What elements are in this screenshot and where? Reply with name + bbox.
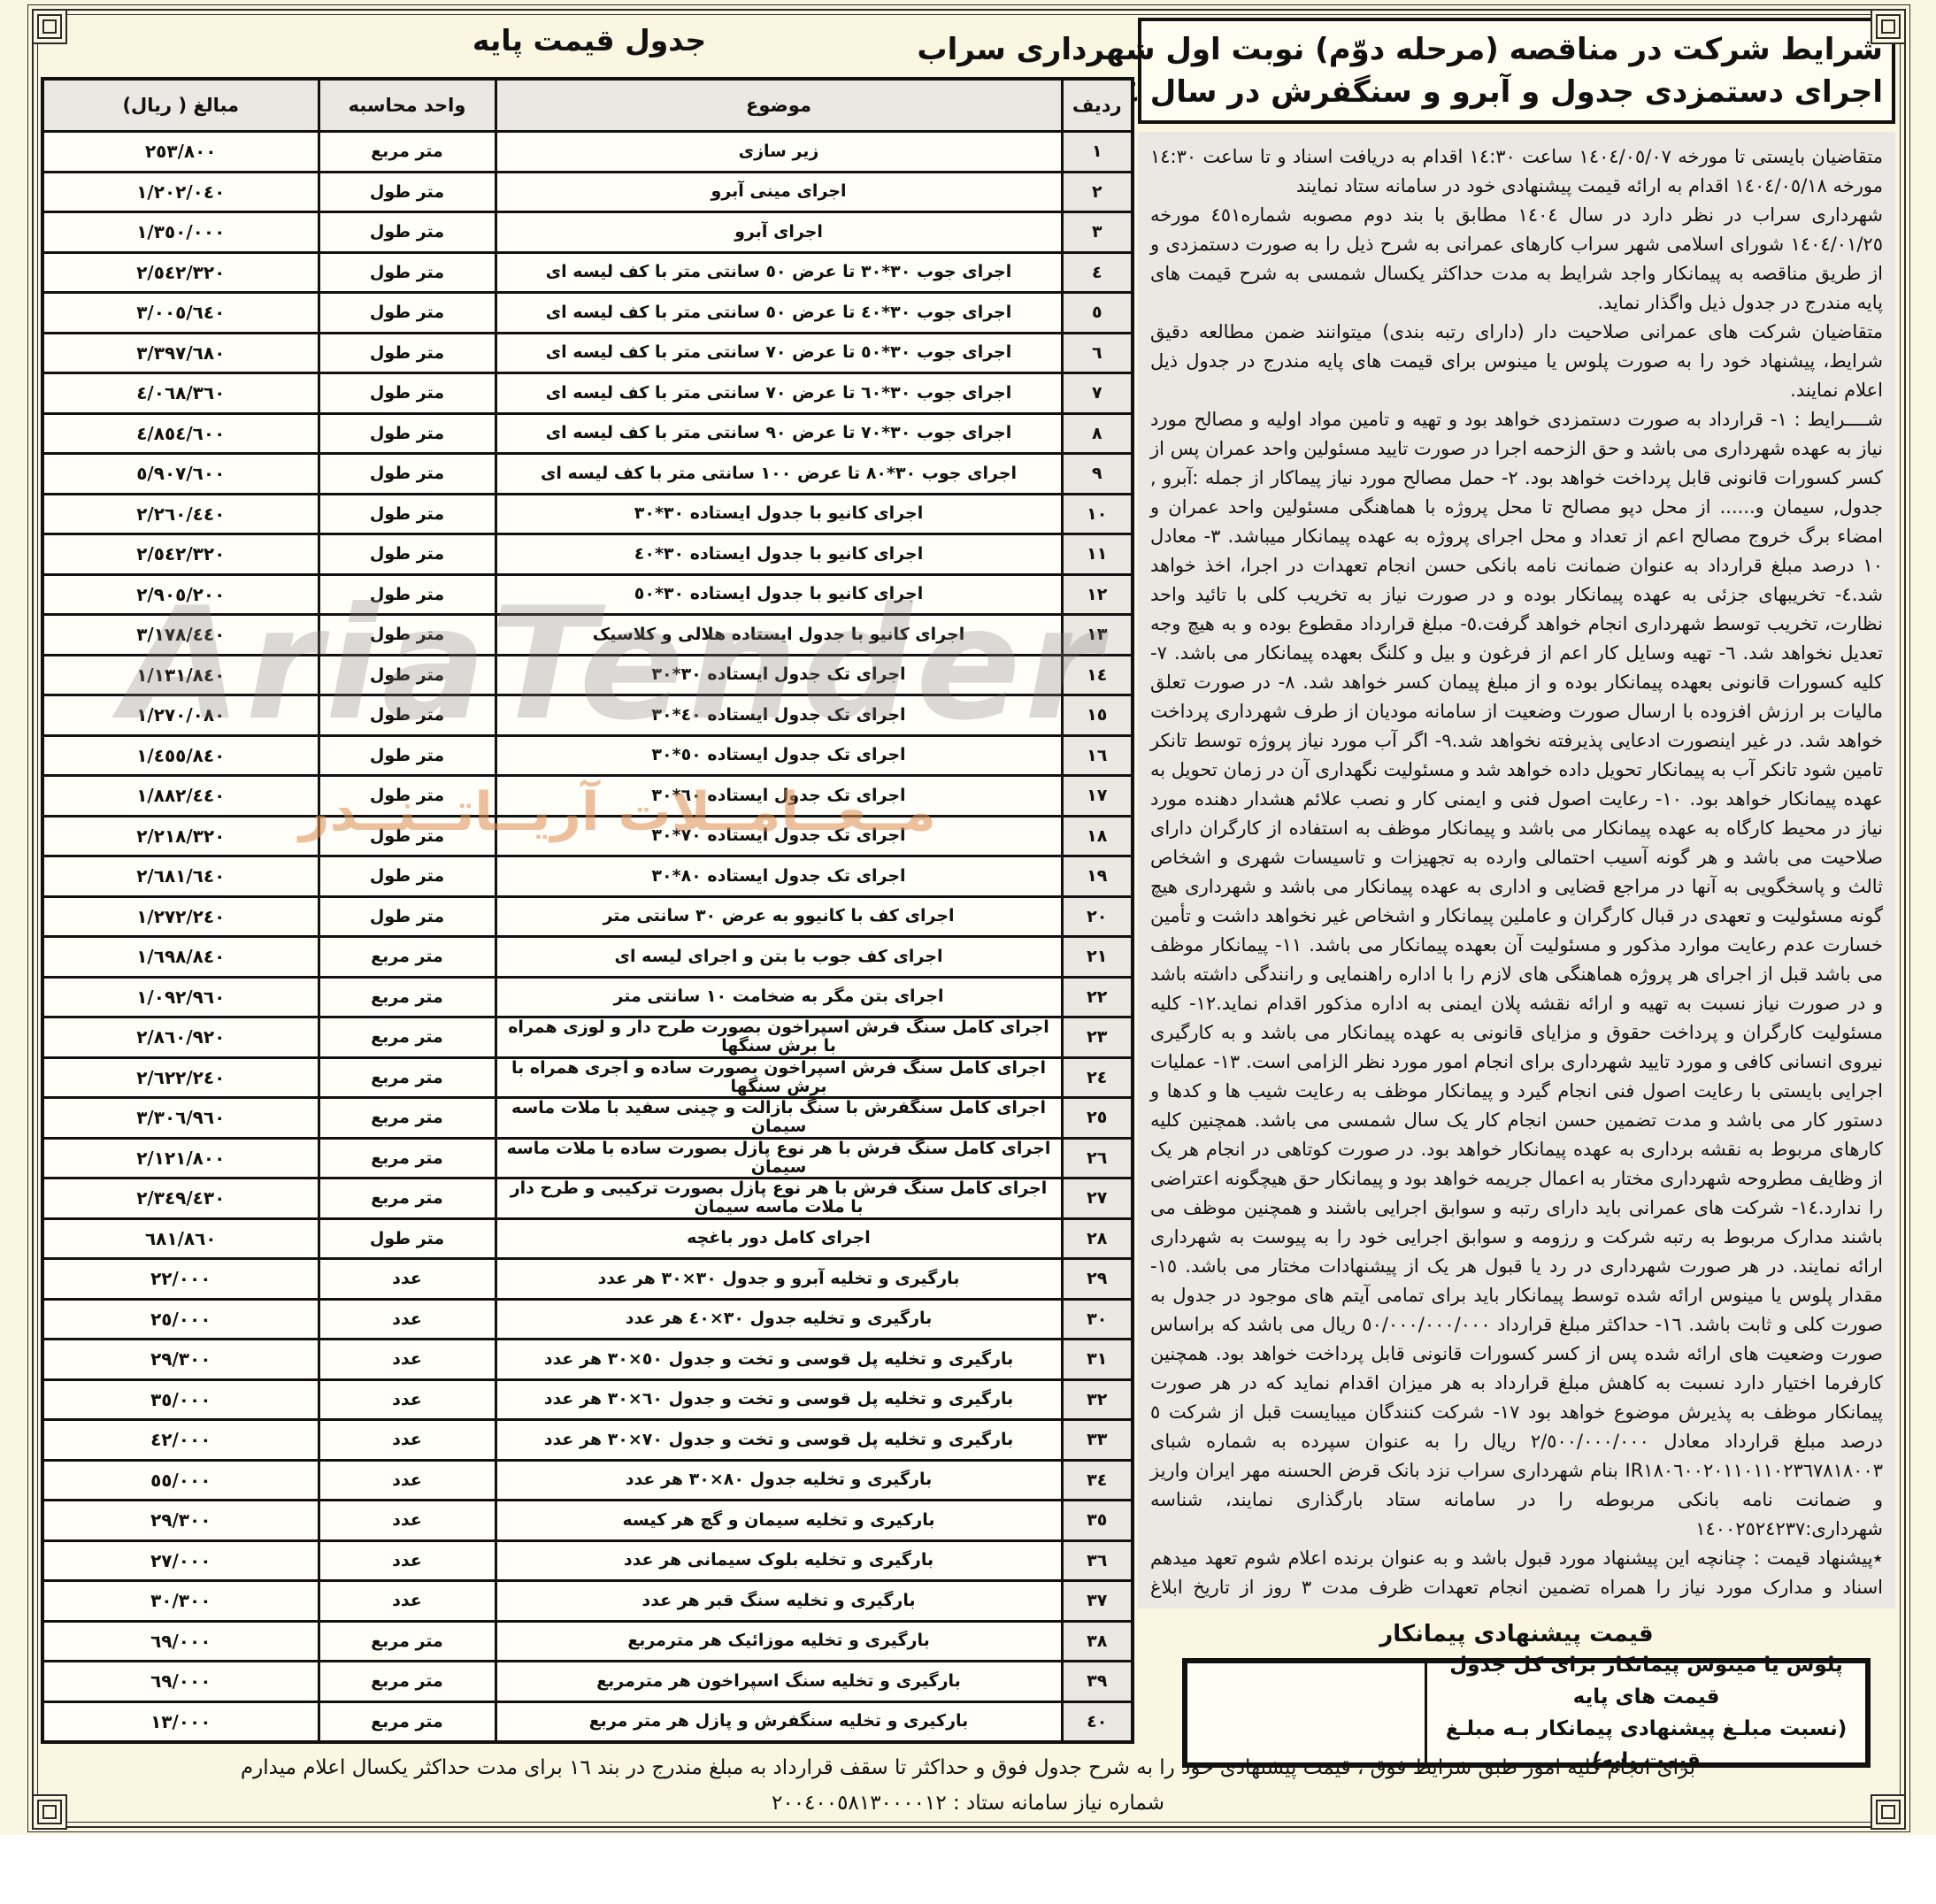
table-row: ٣٢بارگیری و تخلیه پل قوسی و تخت و جدول ٦… [42, 1379, 1133, 1420]
row-number-cell: ٣٤ [1062, 1460, 1133, 1501]
subject-cell: بارگیری و تخلیه سنگ قبر هر عدد [496, 1581, 1062, 1622]
table-row: ٣٦بارگیری و تخلیه بلوک سیمانی هر عددعدد٢… [42, 1540, 1133, 1581]
table-row: ٢٩بارگیری و تخلیه آبرو و جدول ٣٠×٣٠ هر ع… [42, 1259, 1133, 1300]
unit-cell: متر مربع [319, 1138, 496, 1178]
row-number-cell: ٢٠ [1062, 896, 1133, 937]
row-number-cell: ٣ [1062, 212, 1133, 253]
amount-cell: ٦٩/٠٠٠ [42, 1621, 319, 1662]
header-unit: واحد محاسبه [319, 79, 496, 132]
amount-cell: ٣٠/٣٠٠ [42, 1581, 319, 1622]
subject-cell: بارگیری و تخلیه جدول ٨٠×٣٠ هر عدد [496, 1460, 1062, 1501]
row-number-cell: ١٢ [1062, 574, 1133, 615]
row-number-cell: ٣٢ [1062, 1379, 1133, 1420]
unit-cell: متر طول [319, 695, 496, 736]
table-row: ١٦اجرای تک جدول ایستاده ٥٠*٣٠متر طول١/٤٥… [42, 735, 1133, 776]
subject-cell: بارگیری و تخلیه پل قوسی و تخت و جدول ٧٠×… [496, 1420, 1062, 1461]
amount-cell: ٣/١٧٨/٤٤٠ [42, 615, 319, 656]
unit-cell: عدد [319, 1540, 496, 1581]
subject-cell: اجرای تک جدول ایستاده ٤٠*٣٠ [496, 695, 1062, 736]
footer-setad-need-number: شماره نیاز سامانه ستاد : ٢٠٠٤٠٠٥٨١٣٠٠٠٠١… [0, 1785, 1936, 1821]
amount-cell: ١/١٣١/٨٤٠ [42, 655, 319, 695]
amount-cell: ٤/٨٥٤/٦٠٠ [42, 413, 319, 454]
subject-cell: بارگیری و تخلیه موزائیک هر مترمربع [496, 1621, 1062, 1662]
table-row: ١٧اجرای تک جدول ایستاده ٦٠*٣٠متر طول١/٨٨… [42, 776, 1133, 817]
row-number-cell: ٤ [1062, 252, 1133, 293]
amount-cell: ٢/٢٦٠/٤٤٠ [42, 494, 319, 534]
conditions-text-block: متقاضیان بایستی تا مورخه ١٤٠٤/٠٥/٠٧ ساعت… [1138, 132, 1895, 1608]
subject-cell: اجرای کانیو با جدول ایستاده ٣٠*٥٠ [496, 574, 1062, 615]
tender-notice-page: { "page": { "title_line1": "شرایط شرکت د… [0, 0, 1936, 1904]
amount-cell: ٣/٠٠٥/٦٤٠ [42, 293, 319, 334]
unit-cell: عدد [319, 1581, 496, 1622]
table-header-row: ردیف موضوع واحد محاسبه مبالغ ( ریال) [42, 79, 1133, 132]
subject-cell: اجرای جوب ٣٠*٧٠ تا عرض ٩٠ سانتی متر با ک… [496, 413, 1062, 454]
table-row: ٣٠بارگیری و تخلیه جدول ٣٠×٤٠ هر عددعدد٢٥… [42, 1299, 1133, 1340]
amount-cell: ٢٥/٠٠٠ [42, 1299, 319, 1340]
row-number-cell: ٣٦ [1062, 1540, 1133, 1581]
amount-cell: ١/٢٠٢/٠٤٠ [42, 172, 319, 212]
amount-cell: ٣/٣٠٦/٩٦٠ [42, 1098, 319, 1139]
subject-cell: بارگیری و تخلیه پل قوسی و تخت و جدول ٦٠×… [496, 1379, 1062, 1420]
paragraph-applicants: متقاضیان شرکت های عمرانی صلاحیت دار (دار… [1150, 318, 1883, 405]
proposal-box-label-cell: پلوس یا مینوس پیمانکار برای کل جدول قیمت… [1425, 1663, 1865, 1762]
unit-cell: متر طول [319, 816, 496, 856]
amount-cell: ٣/٣٩٧/٦٨٠ [42, 333, 319, 373]
row-number-cell: ٧ [1062, 373, 1133, 414]
table-row: ٢٧اجرای کامل سنگ فرش با هر نوع پازل بصور… [42, 1178, 1133, 1219]
proposal-box-label-line1: پلوس یا مینوس پیمانکار برای کل جدول قیمت… [1436, 1649, 1856, 1713]
row-number-cell: ٣٨ [1062, 1621, 1133, 1662]
table-row: ١٨اجرای تک جدول ایستاده ٧٠*٣٠متر طول٢/٢١… [42, 816, 1133, 856]
row-number-cell: ٦ [1062, 333, 1133, 373]
table-row: ١٠اجرای کانیو با جدول ایستاده ٣٠*٣٠متر ط… [42, 494, 1133, 534]
table-row: ٢اجرای مینی آبرومتر طول١/٢٠٢/٠٤٠ [42, 172, 1133, 212]
row-number-cell: ٢٨ [1062, 1218, 1133, 1259]
unit-cell: متر مربع [319, 977, 496, 1017]
row-number-cell: ٢٩ [1062, 1259, 1133, 1300]
amount-cell: ٢٢/٠٠٠ [42, 1259, 319, 1300]
subject-cell: اجرای کامل سنگ فرش اسپراخون بصورت طرح دا… [496, 1017, 1062, 1058]
amount-cell: ٤٢/٠٠٠ [42, 1420, 319, 1461]
unit-cell: متر مربع [319, 937, 496, 978]
row-number-cell: ٢٢ [1062, 977, 1133, 1017]
unit-cell: متر طول [319, 655, 496, 695]
unit-cell: متر طول [319, 574, 496, 615]
frame-corner-ornament [42, 1805, 57, 1819]
price-table-title: جدول قیمت پایه [44, 23, 1134, 58]
row-number-cell: ٣٧ [1062, 1581, 1133, 1622]
notice-title-box: شرایط شرکت در مناقصه (مرحله دوّم) نوبت ا… [1138, 18, 1895, 124]
footer-declaration: برای انجام کلیه امور طبق شرایط فوق ، قیم… [0, 1750, 1936, 1785]
row-number-cell: ٥ [1062, 293, 1133, 334]
unit-cell: متر طول [319, 776, 496, 817]
frame-corner-ornament [1881, 19, 1895, 34]
amount-cell: ٢/٢١٨/٣٢٠ [42, 816, 319, 856]
table-row: ١٩اجرای تک جدول ایستاده ٨٠*٣٠متر طول٢/٦٨… [42, 856, 1133, 897]
table-row: ٩اجرای جوب ٣٠*٨٠ تا عرض ١٠٠ سانتی متر با… [42, 454, 1133, 495]
unit-cell: متر مربع [319, 1701, 496, 1742]
subject-cell: اجرای مینی آبرو [496, 172, 1062, 212]
amount-cell: ٢٩/٣٠٠ [42, 1340, 319, 1380]
unit-cell: متر طول [319, 615, 496, 656]
unit-cell: متر مربع [319, 1621, 496, 1662]
row-number-cell: ٣١ [1062, 1340, 1133, 1380]
paragraph-price-offer-pledge: ٭پیشنهاد قیمت : چنانچه این پیشنهاد مورد … [1150, 1544, 1883, 1608]
subject-cell: اجرای تک جدول ایستاده ٥٠*٣٠ [496, 735, 1062, 776]
subject-cell: اجرای کامل سنگفرش با سنگ بازالت و چینی س… [496, 1098, 1062, 1139]
unit-cell: عدد [319, 1299, 496, 1340]
unit-cell: عدد [319, 1501, 496, 1541]
proposal-price-entry-cell[interactable] [1187, 1663, 1425, 1762]
table-row: ٧اجرای جوب ٣٠*٦٠ تا عرض ٧٠ سانتی متر با … [42, 373, 1133, 414]
base-price-table: ردیف موضوع واحد محاسبه مبالغ ( ریال) ١زی… [41, 77, 1134, 1744]
subject-cell: اجرای کامل سنگ فرش اسپراخون بصورت ساده و… [496, 1057, 1062, 1098]
table-row: ٤٠بارکیری و تخلیه سنگفرش و پازل هر متر م… [42, 1701, 1133, 1742]
row-number-cell: ١٦ [1062, 735, 1133, 776]
amount-cell: ٣٥/٠٠٠ [42, 1379, 319, 1420]
amount-cell: ١/٦٩٨/٨٤٠ [42, 937, 319, 978]
unit-cell: متر طول [319, 333, 496, 373]
price-table-column: جدول قیمت پایه ردیف موضوع واحد محاسبه مب… [44, 16, 1134, 1744]
table-row: ٢٤اجرای کامل سنگ فرش اسپراخون بصورت ساده… [42, 1057, 1133, 1098]
table-row: ١٥اجرای تک جدول ایستاده ٤٠*٣٠متر طول١/٢٧… [42, 695, 1133, 736]
subject-cell: اجرای تک جدول ایستاده ٨٠*٣٠ [496, 856, 1062, 897]
subject-cell: اجرای کف با کانیوو به عرض ٣٠ سانتی متر [496, 896, 1062, 937]
unit-cell: عدد [319, 1460, 496, 1501]
header-amount: مبالغ ( ریال) [42, 79, 319, 132]
row-number-cell: ٩ [1062, 454, 1133, 495]
table-row: ٢٥اجرای کامل سنگفرش با سنگ بازالت و چینی… [42, 1098, 1133, 1139]
unit-cell: عدد [319, 1259, 496, 1300]
unit-cell: متر طول [319, 735, 496, 776]
amount-cell: ١/٤٥٥/٨٤٠ [42, 735, 319, 776]
row-number-cell: ١٩ [1062, 856, 1133, 897]
frame-corner-ornament [42, 19, 57, 34]
subject-cell: اجرای کف جوب با بتن و اجرای لیسه ای [496, 937, 1062, 978]
row-number-cell: ٢ [1062, 172, 1133, 212]
table-row: ٣٥بارکیری و تخلیه سیمان و گچ هر کیسهعدد٢… [42, 1501, 1133, 1541]
table-row: ٨اجرای جوب ٣٠*٧٠ تا عرض ٩٠ سانتی متر با … [42, 413, 1133, 454]
amount-cell: ١/٠٩٢/٩٦٠ [42, 977, 319, 1017]
table-row: ١٤اجرای تک جدول ایستاده ٣٠*٣٠متر طول١/١٣… [42, 655, 1133, 695]
row-number-cell: ١١ [1062, 534, 1133, 575]
table-row: ١٣اجرای کانیو با جدول ایستاده هلالی و کل… [42, 615, 1133, 656]
subject-cell: اجرای جوب ٣٠*٨٠ تا عرض ١٠٠ سانتی متر با … [496, 454, 1062, 495]
amount-cell: ٥/٩٠٧/٦٠٠ [42, 454, 319, 495]
table-row: ١زیر سازیمتر مربع٢٥٣/٨٠٠ [42, 132, 1133, 173]
subject-cell: اجرای جوب ٣٠*٤٠ تا عرض ٥٠ سانتی متر با ک… [496, 293, 1062, 334]
unit-cell: متر طول [319, 212, 496, 253]
conditions-column: شرایط شرکت در مناقصه (مرحله دوّم) نوبت ا… [1138, 18, 1895, 1768]
unit-cell: متر مربع [319, 1098, 496, 1139]
subject-cell: اجرای کامل سنگ فرش با هر نوع پازل بصورت … [496, 1138, 1062, 1178]
paragraph-municipality-notice: شهرداری سراب در نظر دارد در سال ١٤٠٤ مطا… [1150, 201, 1883, 318]
row-number-cell: ٣٠ [1062, 1299, 1133, 1340]
amount-cell: ٢/٨٦٠/٩٢٠ [42, 1017, 319, 1058]
amount-cell: ٢٩/٣٠٠ [42, 1501, 319, 1541]
amount-cell: ٢/٦٨١/٦٤٠ [42, 856, 319, 897]
row-number-cell: ٢٣ [1062, 1017, 1133, 1058]
subject-cell: اجرای جوب ٣٠*٣٠ تا عرض ٥٠ سانتی متر با ک… [496, 252, 1062, 293]
subject-cell: زیر سازی [496, 132, 1062, 173]
unit-cell: عدد [319, 1420, 496, 1461]
table-row: ٣١بارگیری و تخلیه پل قوسی و تخت و جدول ٥… [42, 1340, 1133, 1380]
table-row: ٣٣بارگیری و تخلیه پل قوسی و تخت و جدول ٧… [42, 1420, 1133, 1461]
paragraph-conditions-list: شــــرایط : ١- قرارداد به صورت دستمزدی خ… [1150, 405, 1883, 1544]
amount-cell: ٤/٠٦٨/٣٦٠ [42, 373, 319, 414]
amount-cell: ٢٧/٠٠٠ [42, 1540, 319, 1581]
row-number-cell: ١٧ [1062, 776, 1133, 817]
row-number-cell: ١٤ [1062, 655, 1133, 695]
table-row: ١١اجرای کانیو با جدول ایستاده ٣٠*٤٠متر ط… [42, 534, 1133, 575]
unit-cell: متر مربع [319, 1017, 496, 1058]
amount-cell: ١/٢٧٠/٠٨٠ [42, 695, 319, 736]
table-row: ٣٩بارگیری و تخلیه سنگ اسپراخون هر مترمرب… [42, 1662, 1133, 1702]
table-row: ٣اجرای آبرومتر طول١/٣٥٠/٠٠٠ [42, 212, 1133, 253]
amount-cell: ٢/٣٤٩/٤٣٠ [42, 1178, 319, 1219]
subject-cell: اجرای جوب ٣٠*٦٠ تا عرض ٧٠ سانتی متر با ک… [496, 373, 1062, 414]
unit-cell: عدد [319, 1379, 496, 1420]
table-row: ٤اجرای جوب ٣٠*٣٠ تا عرض ٥٠ سانتی متر با … [42, 252, 1133, 293]
subject-cell: بارکیری و تخلیه سیمان و گچ هر کیسه [496, 1501, 1062, 1541]
unit-cell: متر طول [319, 413, 496, 454]
table-row: ١٢اجرای کانیو با جدول ایستاده ٣٠*٥٠متر ط… [42, 574, 1133, 615]
unit-cell: متر مربع [319, 1178, 496, 1219]
unit-cell: عدد [319, 1340, 496, 1380]
unit-cell: متر مربع [319, 1662, 496, 1702]
row-number-cell: ١٣ [1062, 615, 1133, 656]
table-row: ٣٤بارگیری و تخلیه جدول ٨٠×٣٠ هر عددعدد٥٥… [42, 1460, 1133, 1501]
amount-cell: ١/٣٥٠/٠٠٠ [42, 212, 319, 253]
subject-cell: بارگیری و تخلیه جدول ٣٠×٤٠ هر عدد [496, 1299, 1062, 1340]
table-row: ٢٢اجرای بتن مگر به ضخامت ١٠ سانتی مترمتر… [42, 977, 1133, 1017]
unit-cell: متر طول [319, 293, 496, 334]
row-number-cell: ٣٣ [1062, 1420, 1133, 1461]
unit-cell: متر مربع [319, 1057, 496, 1098]
subject-cell: بارکیری و تخلیه سنگفرش و پازل هر متر مرب… [496, 1701, 1062, 1742]
unit-cell: متر طول [319, 1218, 496, 1259]
unit-cell: متر طول [319, 494, 496, 534]
price-table-body: ١زیر سازیمتر مربع٢٥٣/٨٠٠٢اجرای مینی آبرو… [42, 132, 1133, 1743]
frame-corner-ornament [1881, 1805, 1895, 1819]
header-row-number: ردیف [1062, 79, 1133, 132]
unit-cell: متر طول [319, 454, 496, 495]
table-row: ٦اجرای جوب ٣٠*٥٠ تا عرض ٧٠ سانتی متر با … [42, 333, 1133, 373]
amount-cell: ٥٥/٠٠٠ [42, 1460, 319, 1501]
amount-cell: ١/٨٨٢/٤٤٠ [42, 776, 319, 817]
row-number-cell: ٨ [1062, 413, 1133, 454]
row-number-cell: ١٠ [1062, 494, 1133, 534]
subject-cell: بارگیری و تخلیه آبرو و جدول ٣٠×٣٠ هر عدد [496, 1259, 1062, 1300]
unit-cell: متر طول [319, 856, 496, 897]
subject-cell: اجرای کامل سنگ فرش با هر نوع پازل بصورت … [496, 1178, 1062, 1219]
amount-cell: ٢/٩٠٥/٢٠٠ [42, 574, 319, 615]
subject-cell: بارگیری و تخلیه سنگ اسپراخون هر مترمربع [496, 1662, 1062, 1702]
unit-cell: متر طول [319, 252, 496, 293]
subject-cell: اجرای کانیو با جدول ایستاده هلالی و کلاس… [496, 615, 1062, 656]
unit-cell: متر مربع [319, 132, 496, 173]
subject-cell: اجرای آبرو [496, 212, 1062, 253]
amount-cell: ١/٢٧٢/٢٤٠ [42, 896, 319, 937]
paragraph-deadlines: متقاضیان بایستی تا مورخه ١٤٠٤/٠٥/٠٧ ساعت… [1150, 142, 1883, 201]
unit-cell: متر طول [319, 373, 496, 414]
proposal-price-heading: قیمت پیشنهادی پیمانکار [1138, 1621, 1895, 1647]
table-row: ٢٦اجرای کامل سنگ فرش با هر نوع پازل بصور… [42, 1138, 1133, 1178]
subject-cell: اجرای کانیو با جدول ایستاده ٣٠*٤٠ [496, 534, 1062, 575]
amount-cell: ٢٥٣/٨٠٠ [42, 132, 319, 173]
subject-cell: بارگیری و تخلیه پل قوسی و تخت و جدول ٥٠×… [496, 1340, 1062, 1380]
row-number-cell: ٣٩ [1062, 1662, 1133, 1702]
notice-title-line1: شرایط شرکت در مناقصه (مرحله دوّم) نوبت ا… [1150, 28, 1883, 71]
header-subject: موضوع [496, 79, 1062, 132]
row-number-cell: ١٨ [1062, 816, 1133, 856]
amount-cell: ٦٨١/٨٦٠ [42, 1218, 319, 1259]
notice-title-line2: اجرای دستمزدی جدول و آبرو و سنگفرش در سا… [1150, 71, 1883, 113]
subject-cell: اجرای تک جدول ایستاده ٣٠*٣٠ [496, 655, 1062, 695]
amount-cell: ٢/٥٤٢/٣٢٠ [42, 534, 319, 575]
unit-cell: متر طول [319, 172, 496, 212]
table-row: ٢٣اجرای کامل سنگ فرش اسپراخون بصورت طرح … [42, 1017, 1133, 1058]
table-row: ٥اجرای جوب ٣٠*٤٠ تا عرض ٥٠ سانتی متر با … [42, 293, 1133, 334]
row-number-cell: ١٥ [1062, 695, 1133, 736]
amount-cell: ٢/٥٤٢/٣٢٠ [42, 252, 319, 293]
amount-cell: ٢/١٢١/٨٠٠ [42, 1138, 319, 1178]
table-row: ٣٨بارگیری و تخلیه موزائیک هر مترمربعمتر … [42, 1621, 1133, 1662]
table-row: ٢٠اجرای کف با کانیوو به عرض ٣٠ سانتی متر… [42, 896, 1133, 937]
subject-cell: بارگیری و تخلیه بلوک سیمانی هر عدد [496, 1540, 1062, 1581]
subject-cell: اجرای تک جدول ایستاده ٦٠*٣٠ [496, 776, 1062, 817]
row-number-cell: ٢١ [1062, 937, 1133, 978]
amount-cell: ٦٩/٠٠٠ [42, 1662, 319, 1702]
footer: برای انجام کلیه امور طبق شرایط فوق ، قیم… [0, 1750, 1936, 1821]
table-row: ٢٨اجرای کامل دور باغچهمتر طول٦٨١/٨٦٠ [42, 1218, 1133, 1259]
row-number-cell: ٣٥ [1062, 1501, 1133, 1541]
row-number-cell: ١ [1062, 132, 1133, 173]
row-number-cell: ٢٦ [1062, 1138, 1133, 1178]
row-number-cell: ٤٠ [1062, 1701, 1133, 1742]
subject-cell: اجرای تک جدول ایستاده ٧٠*٣٠ [496, 816, 1062, 856]
table-row: ٣٧بارگیری و تخلیه سنگ قبر هر عددعدد٣٠/٣٠… [42, 1581, 1133, 1622]
subject-cell: اجرای کامل دور باغچه [496, 1218, 1062, 1259]
subject-cell: اجرای جوب ٣٠*٥٠ تا عرض ٧٠ سانتی متر با ک… [496, 333, 1062, 373]
row-number-cell: ٢٤ [1062, 1057, 1133, 1098]
amount-cell: ٢/٦٢٢/٢٤٠ [42, 1057, 319, 1098]
amount-cell: ١٣/٠٠٠ [42, 1701, 319, 1742]
subject-cell: اجرای بتن مگر به ضخامت ١٠ سانتی متر [496, 977, 1062, 1017]
unit-cell: متر طول [319, 534, 496, 575]
unit-cell: متر طول [319, 896, 496, 937]
row-number-cell: ٢٧ [1062, 1178, 1133, 1219]
subject-cell: اجرای کانیو با جدول ایستاده ٣٠*٣٠ [496, 494, 1062, 534]
row-number-cell: ٢٥ [1062, 1098, 1133, 1139]
table-row: ٢١اجرای کف جوب با بتن و اجرای لیسه ایمتر… [42, 937, 1133, 978]
